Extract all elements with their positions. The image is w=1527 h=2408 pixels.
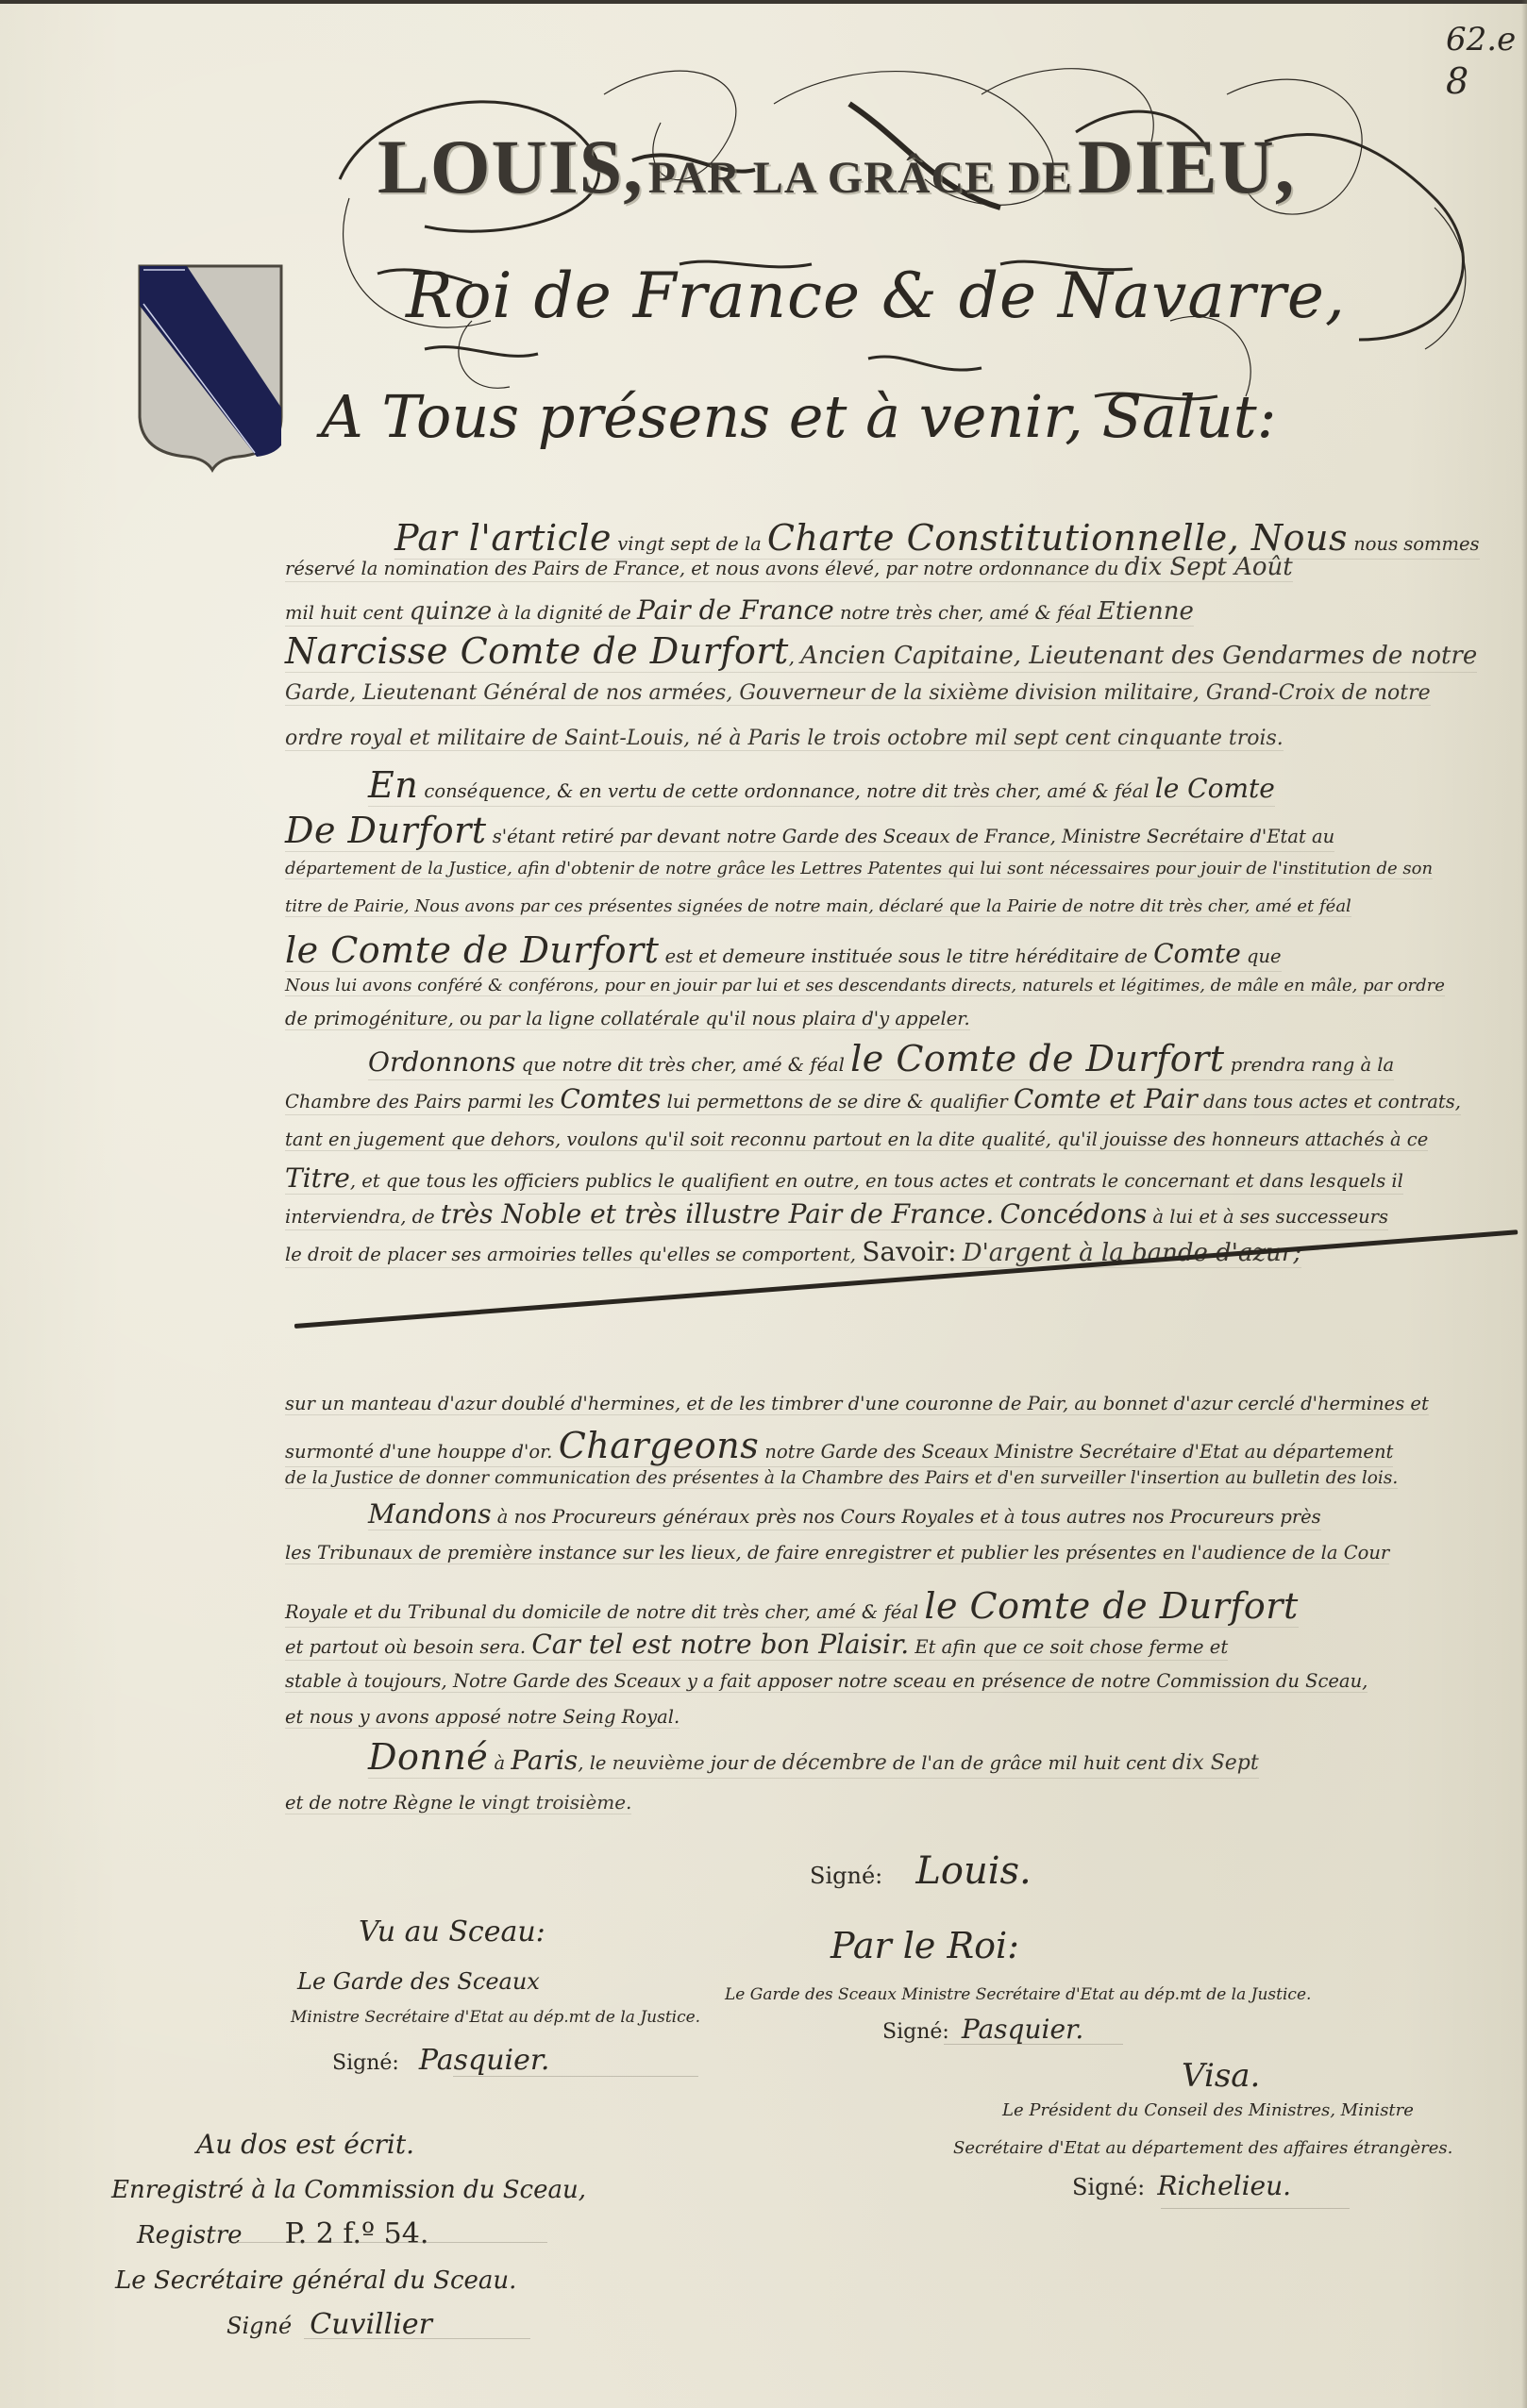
signature-rule xyxy=(944,2044,1123,2045)
para3-line3: tant en jugement que dehors, voulons qu'… xyxy=(285,1129,1428,1151)
visa-title1: Le Président du Conseil des Ministres, M… xyxy=(1002,2100,1414,2120)
para1-line5: Garde, Lieutenant Général de nos armées,… xyxy=(285,681,1431,706)
date-line2: et de notre Règne le vingt troisième. xyxy=(285,1791,631,1814)
visa-heading: Visa. xyxy=(1182,2057,1260,2095)
letters-patent-page: 62.e 8 LOUIS, PAR LA GRÂCE DE DIEU, Roi … xyxy=(0,0,1527,2408)
vu-au-sceau-heading: Vu au Sceau: xyxy=(359,1915,545,1948)
title-dieu: DIEU, xyxy=(1078,124,1296,209)
para2-line4: titre de Pairie, Nous avons par ces prés… xyxy=(285,896,1351,917)
par-le-roi-signature: Signé: Pasquier. xyxy=(882,2014,1083,2045)
para1-line6: ordre royal et militaire de Saint-Louis,… xyxy=(285,727,1284,751)
para3-line1: Ordonnons que notre dit très cher, amé &… xyxy=(368,1038,1394,1080)
scan-top-edge xyxy=(0,0,1527,4)
au-dos-registre: Registre P. 2 f.º 54. xyxy=(137,2217,428,2250)
king-signature: Signé: Louis. xyxy=(810,1849,1032,1893)
para2-line5: le Comte de Durfort est et demeure insti… xyxy=(285,929,1282,972)
au-dos-line3: Le Secrétaire général du Sceau. xyxy=(115,2266,516,2295)
para4-line1: sur un manteau d'azur doublé d'hermines,… xyxy=(285,1393,1429,1415)
para2-line2: De Durfort s'étant retiré par devant not… xyxy=(285,810,1334,852)
registre-rule xyxy=(236,2242,547,2243)
para3-line2: Chambre des Pairs parmi les Comtes lui p… xyxy=(285,1083,1461,1115)
date-line1: Donné à Paris, le neuvième jour de décem… xyxy=(368,1736,1259,1779)
visa-signature: Signé: Richelieu. xyxy=(1072,2170,1291,2201)
page-right-edge xyxy=(1521,0,1527,2408)
para1-line4: Narcisse Comte de Durfort, Ancien Capita… xyxy=(285,630,1477,673)
para5-line6: et nous y avons apposé notre Seing Royal… xyxy=(285,1706,680,1729)
para3-line5: interviendra, de très Noble et très illu… xyxy=(285,1198,1388,1230)
para5-line2: les Tribunaux de première instance sur l… xyxy=(285,1542,1389,1564)
royal-title: LOUIS, PAR LA GRÂCE DE DIEU, xyxy=(378,123,1295,211)
signature-rule xyxy=(304,2338,530,2339)
title-par-la-grace: PAR LA GRÂCE DE xyxy=(648,153,1073,203)
para1-line2: réservé la nomination des Pairs de Franc… xyxy=(285,553,1293,582)
para5-line5: stable à toujours, Notre Garde des Sceau… xyxy=(285,1670,1368,1693)
para2-line1: En conséquence, & en vertu de cette ordo… xyxy=(368,764,1275,807)
au-dos-signature: Signé Cuvillier xyxy=(227,2308,432,2341)
para2-line6: Nous lui avons conféré & conférons, pour… xyxy=(285,976,1445,996)
signature-rule xyxy=(1161,2208,1350,2209)
shield-icon xyxy=(132,257,293,474)
vu-au-sceau-signature: Signé: Pasquier. xyxy=(332,2044,549,2077)
title-louis: LOUIS, xyxy=(378,124,644,209)
title-roi-de-france: Roi de France & de Navarre, xyxy=(406,259,1346,332)
signature-rule xyxy=(453,2076,698,2077)
para5-line1: Mandons à nos Procureurs généraux près n… xyxy=(368,1498,1321,1530)
para2-line7: de primogéniture, ou par la ligne collat… xyxy=(285,1008,970,1030)
para4-line3: de la Justice de donner communication de… xyxy=(285,1468,1398,1489)
para3-line6: le droit de placer ses armoiries telles … xyxy=(285,1236,1301,1268)
vu-au-sceau-title1: Le Garde des Sceaux xyxy=(297,1968,540,1995)
par-le-roi-heading: Par le Roi: xyxy=(831,1925,1019,1966)
para5-line4: et partout où besoin sera. Car tel est n… xyxy=(285,1629,1228,1661)
title-salut: A Tous présens et à venir, Salut: xyxy=(321,382,1277,451)
visa-title2: Secrétaire d'Etat au département des aff… xyxy=(953,2138,1452,2158)
para2-line3: département de la Justice, afin d'obteni… xyxy=(285,859,1433,879)
para4-line2: surmonté d'une houppe d'or. Chargeons no… xyxy=(285,1425,1393,1467)
para1-line3: mil huit cent quinze à la dignité de Pai… xyxy=(285,594,1194,627)
par-le-roi-title: Le Garde des Sceaux Ministre Secrétaire … xyxy=(725,1985,1311,2004)
au-dos-heading: Au dos est écrit. xyxy=(196,2129,414,2160)
para3-line4: Titre, et que tous les officiers publics… xyxy=(285,1162,1403,1195)
para5-line3: Royale et du Tribunal du domicile de not… xyxy=(285,1585,1299,1628)
au-dos-line1: Enregistré à la Commission du Sceau, xyxy=(111,2176,586,2204)
vu-au-sceau-title2: Ministre Secrétaire d'Etat au dép.mt de … xyxy=(291,2008,700,2027)
